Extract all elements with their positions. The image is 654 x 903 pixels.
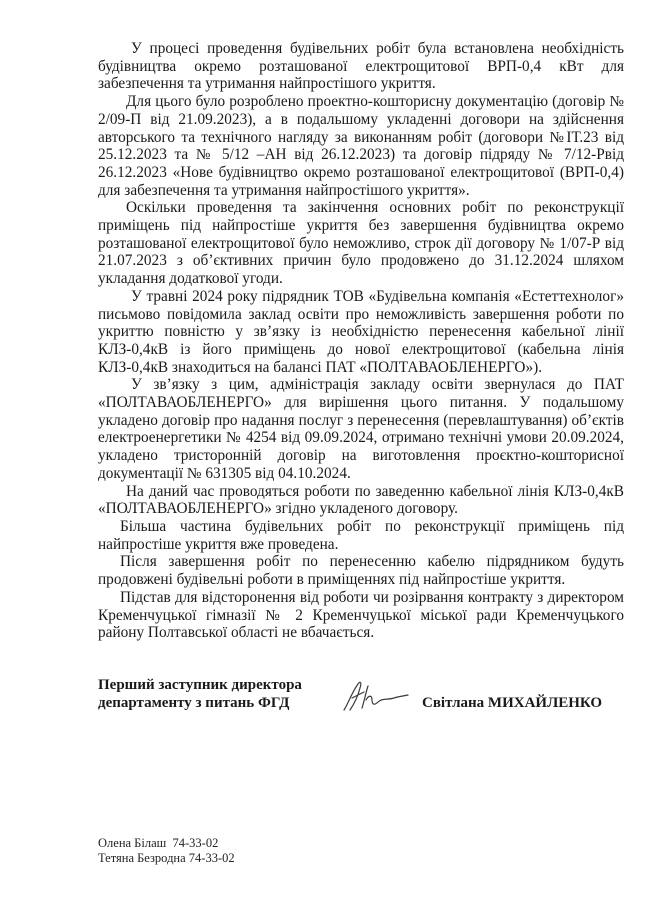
- paragraph-conclusion: Підстав для відсторонення від роботи чи …: [98, 589, 624, 642]
- signatory-first-name: Світлана: [422, 695, 484, 711]
- contact-line: Тетяна Безродна 74-33-02: [98, 851, 235, 866]
- paragraph-contractor-notice: У травні 2024 року підрядник ТОВ «Будіве…: [98, 288, 624, 377]
- paragraph-current-works: На даний час проводяться роботи по завед…: [98, 483, 624, 518]
- signatory-position: Перший заступник директора департаменту …: [98, 676, 302, 712]
- signatory-last-name: МИХАЙЛЕНКО: [488, 695, 602, 711]
- signatory-position-line2: департаменту з питань ФГД: [98, 694, 302, 712]
- paragraph-utility-agreement: У зв’язку з цим, адміністрація закладу о…: [98, 376, 624, 482]
- paragraph-progress: Більша частина будівельних робіт по реко…: [98, 518, 624, 553]
- signatory-position-line1: Перший заступник директора: [98, 676, 302, 694]
- contact-line: Олена Білаш 74-33-02: [98, 836, 235, 851]
- paragraph-next-steps: Після завершення робіт по перенесенню ка…: [98, 553, 624, 588]
- letter-body: У процесі проведення будівельних робіт б…: [98, 40, 624, 642]
- contact-persons: Олена Білаш 74-33-02 Тетяна Безродна 74-…: [98, 836, 235, 866]
- paragraph-contract-extension: Оскільки проведення та закінчення основн…: [98, 199, 624, 288]
- paragraph-construction-need: У процесі проведення будівельних робіт б…: [98, 40, 624, 93]
- paragraph-design-documentation: Для цього було розроблено проектно-кошто…: [98, 93, 624, 199]
- handwritten-signature-icon: [338, 678, 413, 714]
- document-page: У процесі проведення будівельних робіт б…: [0, 0, 654, 903]
- signatory-name: Світлана МИХАЙЛЕНКО: [422, 694, 602, 712]
- signature-block: Перший заступник директора департаменту …: [98, 676, 628, 716]
